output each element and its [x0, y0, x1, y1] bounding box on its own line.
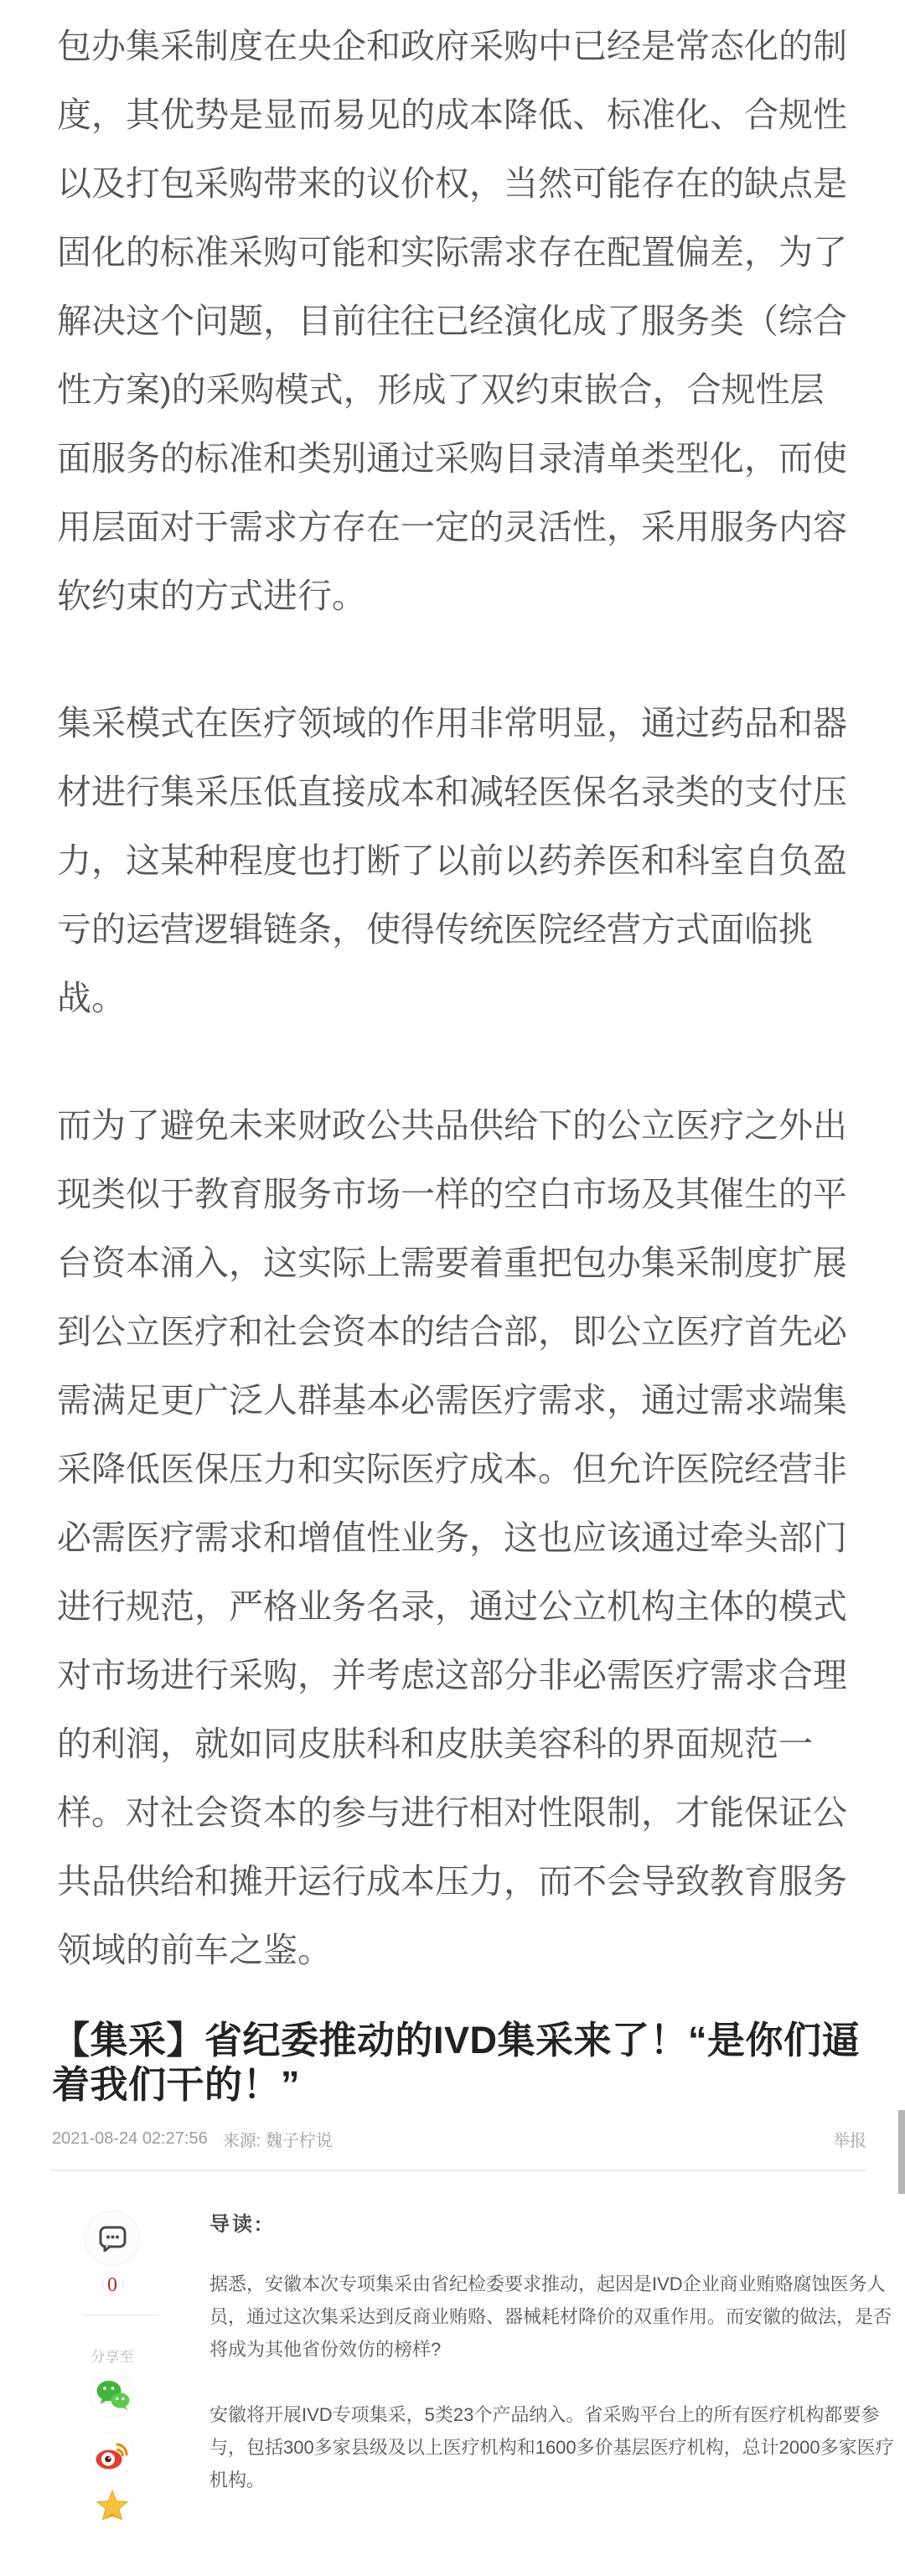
article-paragraph: 包办集采制度在央企和政府采购中已经是常态化的制度，其优势是显而易见的成本降低、标…: [57, 12, 848, 630]
text-line: 对市场进行采购，并考虑这部分非必需医疗需求合理: [57, 1641, 848, 1710]
text-line: 到公立医疗和社会资本的结合部，即公立医疗首先必: [57, 1297, 848, 1366]
text-line: 员，通过这次集采达到反商业贿赂、器械耗材降价的双重作用。而安徽的做法，是否: [209, 2300, 866, 2333]
article-body: 包办集采制度在央企和政府采购中已经是常态化的制度，其优势是显而易见的成本降低、标…: [57, 12, 848, 2043]
text-line: 面服务的标准和类别通过采购目录清单类型化，而使: [57, 424, 848, 493]
text-line: 样。对社会资本的参与进行相对性限制，才能保证公: [57, 1778, 848, 1847]
text-line: 与，包括300多家县级及以上医疗机构和1600多价基层医疗机构，总计2000多家…: [209, 2431, 866, 2464]
article-page: 包办集采制度在央企和政府采购中已经是常态化的制度，其优势是显而易见的成本降低、标…: [0, 0, 905, 2576]
text-line: 以及打包采购带来的议价权，当然可能存在的缺点是: [57, 149, 848, 218]
text-line: 固化的标准采购可能和实际需求存在配置偏差，为了: [57, 218, 848, 287]
text-line: 领域的前车之鉴。: [57, 1916, 848, 1984]
timestamp: 2021-08-24 02:27:56: [52, 2129, 208, 2149]
scrollbar-thumb[interactable]: [898, 2110, 905, 2194]
text-line: 需满足更广泛人群基本必需医疗需求，通过需求端集: [57, 1366, 848, 1435]
text-line: 性方案)的采购模式，形成了双约束嵌合，合规性层: [57, 355, 848, 424]
text-line: 包办集采制度在央企和政府采购中已经是常态化的制: [57, 12, 848, 80]
text-line: 机构。: [209, 2464, 866, 2496]
text-line: 着我们干的！”: [52, 2062, 877, 2107]
intro-label: 导读:: [209, 2207, 264, 2237]
text-line: 力，这某种程度也打断了以前以药养医和科室自负盈: [57, 826, 848, 895]
text-line: 的利润，就如同皮肤科和皮肤美容科的界面规范一: [57, 1710, 848, 1778]
source-label[interactable]: 来源: 魏子柠说: [223, 2127, 333, 2151]
text-line: 战。: [57, 964, 848, 1032]
qzone-share-button[interactable]: [90, 2483, 135, 2528]
text-line: 据悉，安徽本次专项集采由省纪检委要求推动，起因是IVD企业商业贿赂腐蚀医务人: [209, 2268, 866, 2300]
rail-divider: [84, 2315, 159, 2315]
weibo-share-button[interactable]: [90, 2432, 135, 2477]
weibo-icon: [95, 2439, 130, 2470]
text-line: 材进行集采压低直接成本和减轻医保名录类的支付压: [57, 758, 848, 826]
comment-count: 0: [85, 2274, 140, 2297]
text-line: 用层面对于需求方存在一定的灵活性，采用服务内容: [57, 493, 848, 561]
text-line: 解决这个问题，目前往往已经演化成了服务类（综合: [57, 287, 848, 355]
article-paragraph: 而为了避免未来财政公共品供给下的公立医疗之外出现类似于教育服务市场一样的空白市场…: [57, 1091, 848, 1984]
text-line: 将成为其他省份效仿的榜样?: [209, 2333, 866, 2366]
share-label: 分享至: [85, 2345, 140, 2366]
text-line: 亏的运营逻辑链条，使得传统医院经营方式面临挑: [57, 895, 848, 964]
comment-bubble-icon: [97, 2225, 127, 2252]
wechat-share-button[interactable]: [90, 2372, 135, 2418]
text-line: 安徽将开展IVD专项集采，5类23个产品纳入。省采购平台上的所有医疗机构都要参: [209, 2398, 866, 2431]
text-line: 现类似于教育服务市场一样的空白市场及其催生的平: [57, 1160, 848, 1229]
summary-paragraph: 安徽将开展IVD专项集采，5类23个产品纳入。省采购平台上的所有医疗机构都要参与…: [209, 2398, 866, 2496]
article-paragraph: 集采模式在医疗领域的作用非常明显，通过药品和器材进行集采压低直接成本和减轻医保名…: [57, 689, 848, 1032]
text-line: 度，其优势是显而易见的成本降低、标准化、合规性: [57, 80, 848, 149]
text-line: 【集采】省纪委推动的IVD集采来了！“是你们逼: [52, 2018, 877, 2062]
text-line: 而为了避免未来财政公共品供给下的公立医疗之外出: [57, 1091, 848, 1160]
text-line: 集采模式在医疗领域的作用非常明显，通过药品和器: [57, 689, 848, 758]
text-line: 软约束的方式进行。: [57, 561, 848, 630]
text-line: 台资本涌入，这实际上需要着重把包办集采制度扩展: [57, 1229, 848, 1297]
summary-paragraph: 据悉，安徽本次专项集采由省纪检委要求推动，起因是IVD企业商业贿赂腐蚀医务人员，…: [209, 2268, 866, 2366]
text-line: 必需医疗需求和增值性业务，这也应该通过牵头部门: [57, 1503, 848, 1572]
qzone-star-icon: [95, 2489, 130, 2522]
text-line: 共品供给和摊开运行成本压力，而不会导致教育服务: [57, 1847, 848, 1916]
text-line: 采降低医保压力和实际医疗成本。但允许医院经营非: [57, 1435, 848, 1503]
page-title: 【集采】省纪委推动的IVD集采来了！“是你们逼着我们干的！”: [52, 2018, 877, 2107]
text-line: 进行规范，严格业务名录，通过公立机构主体的模式: [57, 1572, 848, 1641]
section-divider: [50, 2170, 866, 2171]
report-button[interactable]: 举报: [833, 2127, 866, 2151]
meta-row: 2021-08-24 02:27:56 来源: 魏子柠说 举报: [52, 2127, 866, 2151]
wechat-icon: [95, 2379, 130, 2411]
comment-button[interactable]: [85, 2211, 140, 2266]
